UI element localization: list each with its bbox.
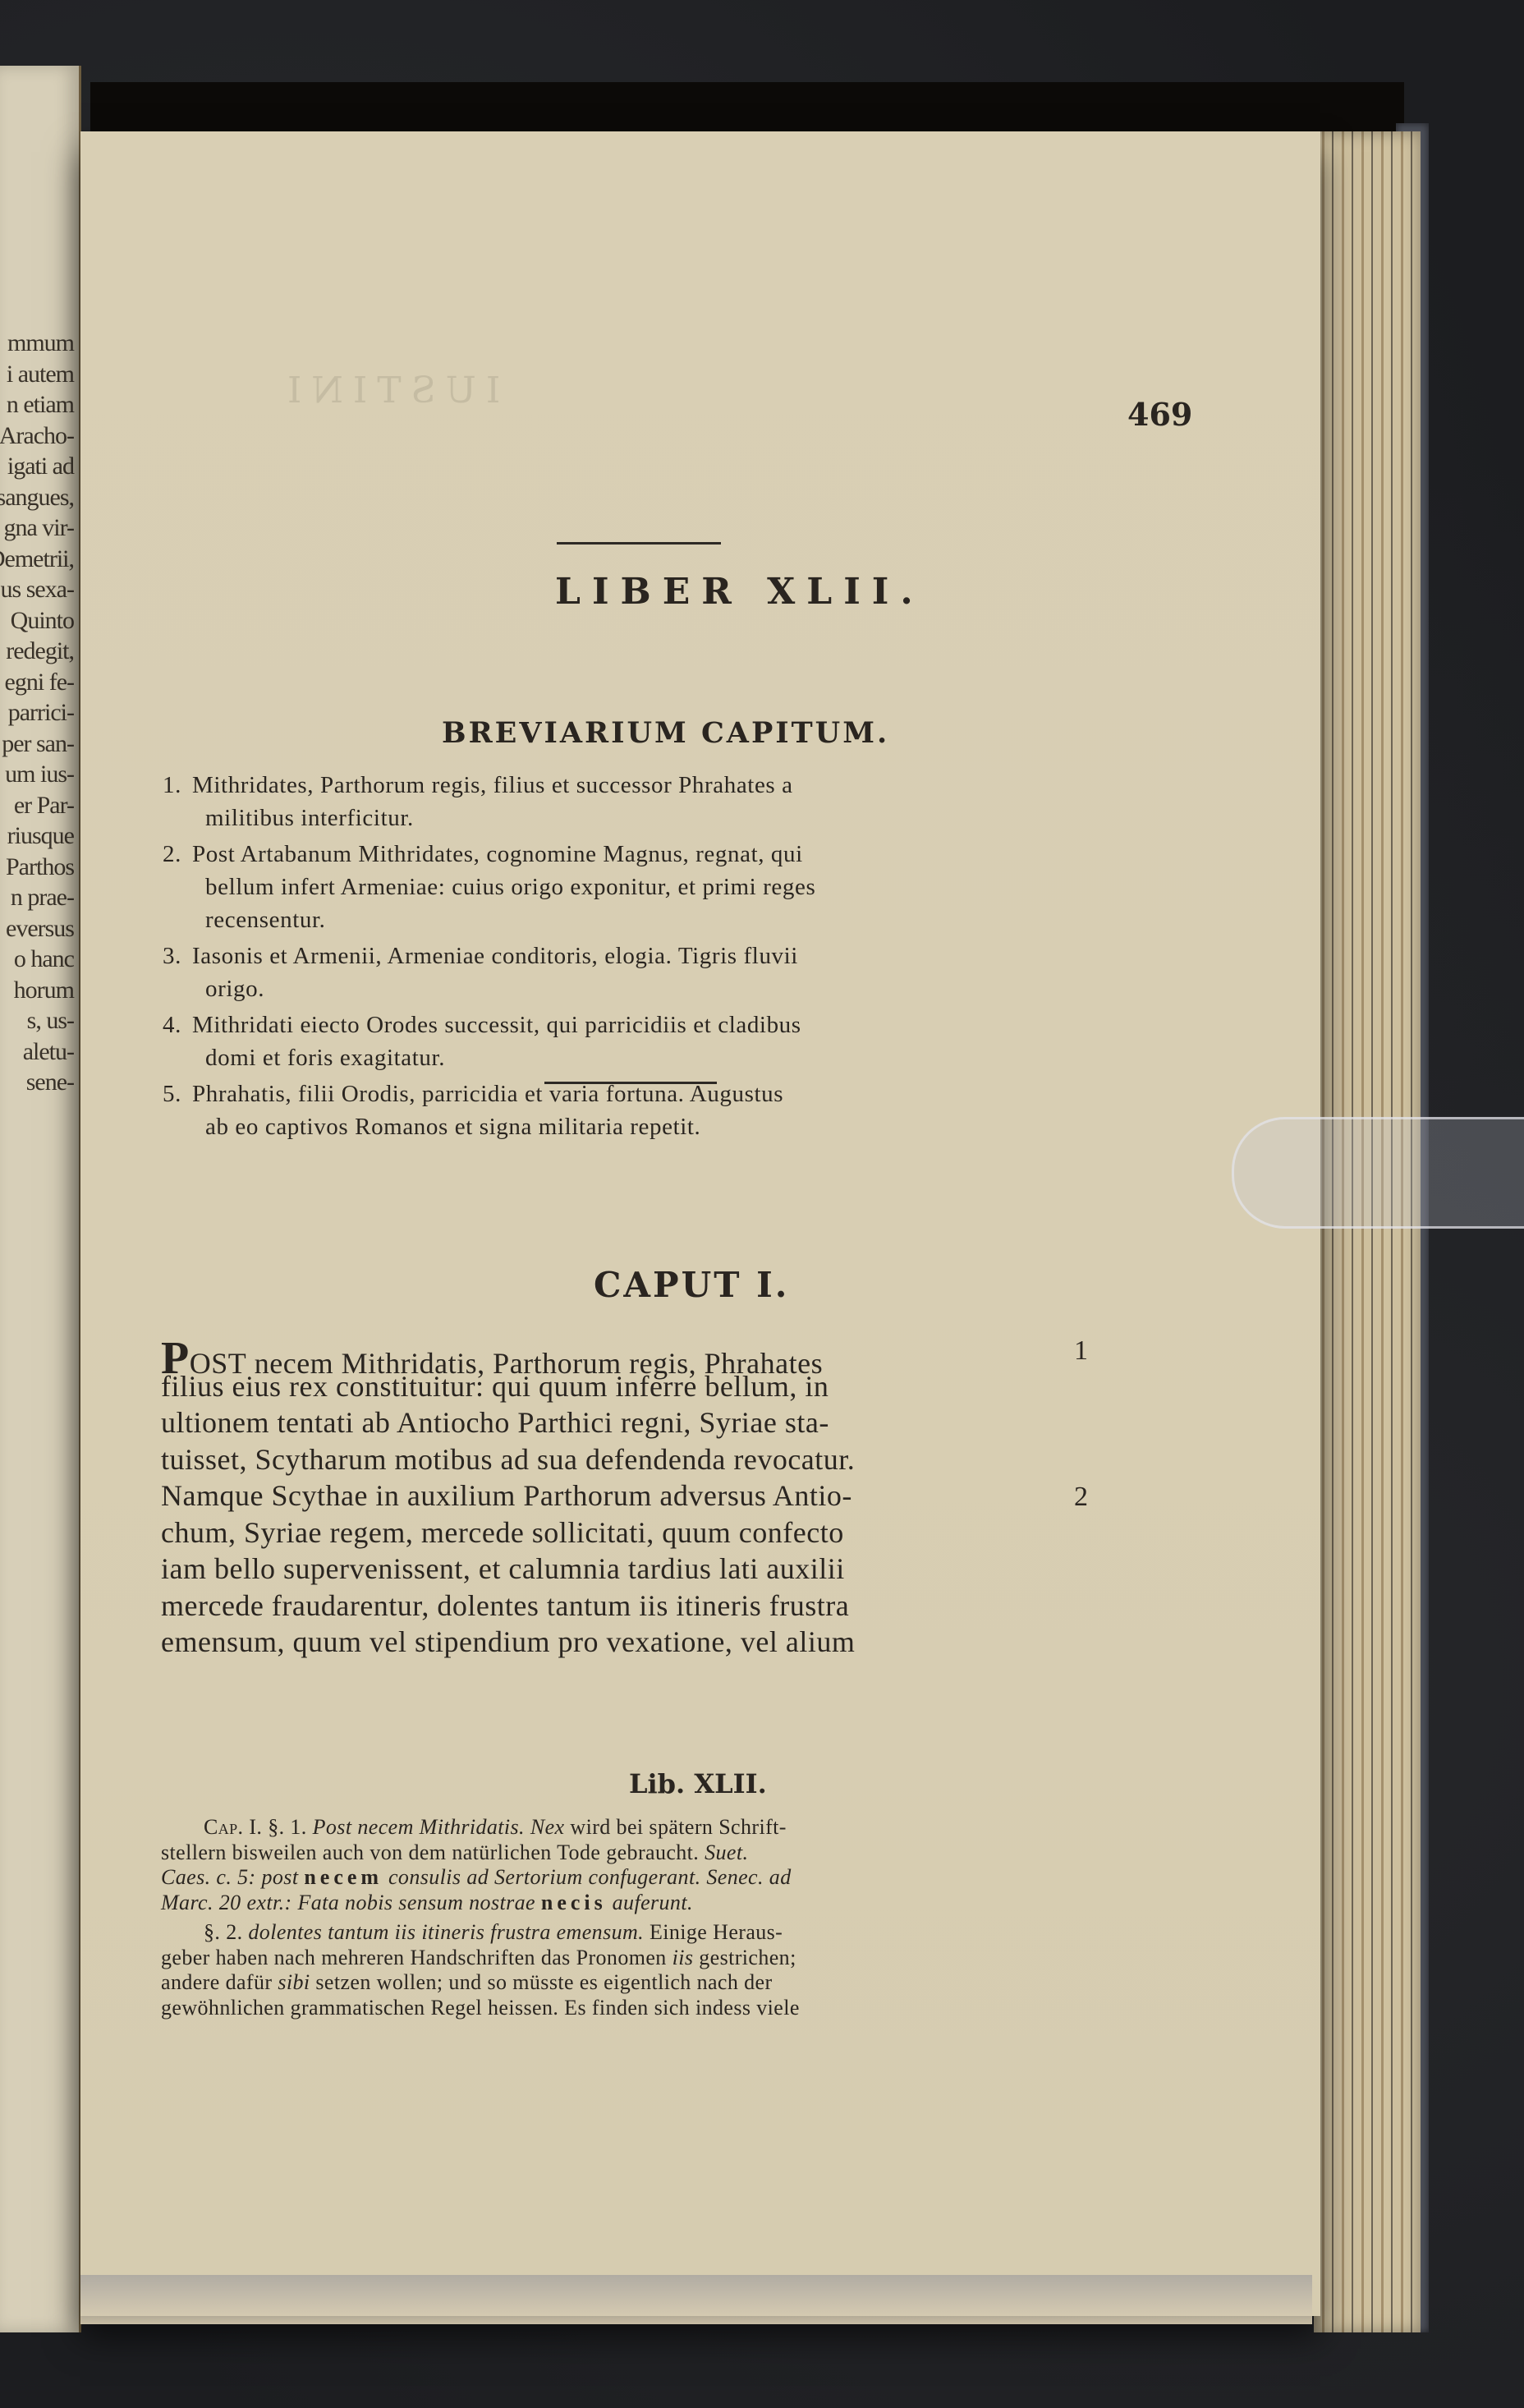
item-text: bellum infert Armeniae: cuius origo expo… xyxy=(205,874,815,900)
breviarium-line: 2.Post Artabanum Mithridates, cognomine … xyxy=(163,837,803,871)
item-text: Mithridati eiecto Orodes successit, qui … xyxy=(192,1012,801,1038)
note-segment: andere dafür xyxy=(161,1970,278,1994)
body-line: iam bello supervenissent, et calumnia ta… xyxy=(161,1551,845,1586)
left-page-line: us sexa- xyxy=(1,575,74,604)
note-segment: consulis ad Sertorium confugerant. xyxy=(383,1865,700,1889)
left-page-line: per san- xyxy=(2,729,74,759)
item-text: domi et foris exagitatur. xyxy=(205,1045,445,1071)
item-text: Iasonis et Armenii, Armeniae conditoris,… xyxy=(192,943,798,969)
left-page-line: n prae- xyxy=(11,883,74,912)
left-page-line: egni fe- xyxy=(5,668,74,697)
note-segment: auferunt. xyxy=(607,1891,693,1914)
item-text: Phrahatis, filii Orodis, parricidia et v… xyxy=(192,1081,783,1107)
left-page-line: igati ad xyxy=(7,452,74,481)
left-page-line: Parthos xyxy=(6,852,74,882)
left-page-line: o hanc xyxy=(14,944,74,974)
breviarium-line: recensentur. xyxy=(205,903,326,937)
left-page-line: er Par- xyxy=(14,791,74,820)
footnote-line: Cap. I. §. 1. Post necem Mithridatis. Ne… xyxy=(204,1815,787,1840)
left-page-line: redegit, xyxy=(6,636,74,666)
line-text: ultionem tentati ab Antiocho Parthici re… xyxy=(161,1406,829,1439)
water-stain xyxy=(80,2275,1312,2324)
item-number: 4. xyxy=(163,1008,192,1042)
footnote-line: geber haben nach mehreren Handschriften … xyxy=(161,1946,796,1970)
breviarium-line: 1.Mithridates, Parthorum regis, filius e… xyxy=(163,768,793,802)
item-text: origo. xyxy=(205,976,264,1002)
note-segment: Marc. 20 extr.: Fata nobis sensum nostra… xyxy=(161,1891,541,1914)
breviarium-line: ab eo captivos Romanos et signa militari… xyxy=(205,1110,700,1144)
note-segment: wird bei spätern Schrift- xyxy=(565,1815,787,1839)
section-divider xyxy=(544,1082,717,1084)
line-text: chum, Syriae regem, mercede sollicitati,… xyxy=(161,1516,844,1549)
footnote-line: andere dafür sibi setzen wollen; und so … xyxy=(161,1970,773,1995)
left-page-line: Aracho- xyxy=(0,421,74,451)
footnote-line: §. 2. dolentes tantum iis itineris frust… xyxy=(204,1920,783,1945)
left-page-line: i autem xyxy=(7,360,74,389)
book-title: LIBER XLII. xyxy=(555,571,925,613)
page-block-edge xyxy=(1314,131,1421,2332)
note-segment: Cap. I. §. 1. xyxy=(204,1815,313,1839)
page-number: 469 xyxy=(1127,396,1192,433)
body-line: tuisset, Scytharum motibus ad sua defend… xyxy=(161,1442,855,1477)
item-text: ab eo captivos Romanos et signa militari… xyxy=(205,1114,700,1140)
note-segment: gestrichen; xyxy=(693,1946,796,1969)
bleed-through-text: IUSTINI xyxy=(278,370,500,411)
note-segment: Nex xyxy=(530,1815,565,1839)
item-text: militibus interficitur. xyxy=(205,805,414,831)
note-segment: Senec. ad xyxy=(700,1865,791,1889)
footnote-line: gewöhnlichen grammatischen Regel heissen… xyxy=(161,1996,800,2020)
note-segment: sibi xyxy=(278,1970,310,1994)
body-line: mercede fraudarentur, dolentes tantum ii… xyxy=(161,1588,849,1623)
breviarium-line: domi et foris exagitatur. xyxy=(205,1041,445,1075)
note-segment: stellern bisweilen auch von dem natürlic… xyxy=(161,1840,705,1864)
left-page-line: horum xyxy=(14,976,74,1005)
breviarium-title: BREVIARIUM CAPITUM. xyxy=(442,716,889,750)
body-line: filius eius rex constituitur: qui quum i… xyxy=(161,1369,829,1404)
note-segment: Caes. c. 5: post xyxy=(161,1865,304,1889)
notes-heading: Lib. XLII. xyxy=(629,1768,767,1799)
left-page-line: aletu- xyxy=(23,1037,74,1067)
left-page-line: sene- xyxy=(26,1068,74,1097)
left-page-line: sangues, xyxy=(0,483,74,512)
note-segment: §. 2. xyxy=(204,1920,248,1944)
paperclip-icon xyxy=(1232,1117,1524,1229)
line-text: mercede fraudarentur, dolentes tantum ii… xyxy=(161,1589,849,1622)
note-segment: Post necem Mithridatis. xyxy=(313,1815,525,1839)
note-segment: setzen wollen; und so müsste es eigentli… xyxy=(310,1970,773,1994)
item-text: Post Artabanum Mithridates, cognomine Ma… xyxy=(192,841,803,867)
left-page-line: parrici- xyxy=(8,698,74,728)
note-segment: dolentes tantum iis itineris frustra eme… xyxy=(248,1920,644,1944)
left-page-line: riusque xyxy=(7,821,74,851)
line-text: iam bello supervenissent, et calumnia ta… xyxy=(161,1552,845,1585)
note-segment: necem xyxy=(304,1865,383,1889)
note-segment: Suet. xyxy=(705,1840,748,1864)
item-number: 3. xyxy=(163,939,192,973)
item-number: 2. xyxy=(163,837,192,871)
line-text: filius eius rex constituitur: qui quum i… xyxy=(161,1370,829,1403)
breviarium-line: origo. xyxy=(205,972,264,1006)
left-page-fragment: mmumi autemn etiamAracho-igati adsangues… xyxy=(0,66,81,2332)
line-text: emensum, quum vel stipendium pro vexatio… xyxy=(161,1625,855,1658)
body-line: chum, Syriae regem, mercede sollicitati,… xyxy=(161,1515,844,1550)
breviarium-line: bellum infert Armeniae: cuius origo expo… xyxy=(205,870,815,904)
note-segment: gewöhnlichen grammatischen Regel heissen… xyxy=(161,1996,800,2020)
line-text: Namque Scythae in auxilium Parthorum adv… xyxy=(161,1479,852,1512)
item-number: 5. xyxy=(163,1077,192,1111)
footnote-line: Marc. 20 extr.: Fata nobis sensum nostra… xyxy=(161,1891,693,1915)
left-page-line: Quinto xyxy=(11,606,74,636)
footnote-line: stellern bisweilen auch von dem natürlic… xyxy=(161,1840,748,1865)
margin-number: 2 xyxy=(1074,1482,1088,1513)
line-text: tuisset, Scytharum motibus ad sua defend… xyxy=(161,1443,855,1476)
right-page: IUSTINI 469 LIBER XLII. BREVIARIUM CAPIT… xyxy=(80,131,1320,2316)
note-segment: iis xyxy=(672,1946,694,1969)
body-line: Namque Scythae in auxilium Parthorum adv… xyxy=(161,1478,852,1513)
note-segment: geber haben nach mehreren Handschriften … xyxy=(161,1946,672,1969)
breviarium-line: 3.Iasonis et Armenii, Armeniae conditori… xyxy=(163,939,798,973)
footnote-line: Caes. c. 5: post necem consulis ad Serto… xyxy=(161,1865,792,1890)
margin-number: 1 xyxy=(1074,1335,1088,1367)
note-segment xyxy=(525,1815,530,1839)
body-line: ultionem tentati ab Antiocho Parthici re… xyxy=(161,1405,829,1440)
item-text: recensentur. xyxy=(205,907,326,933)
breviarium-line: militibus interficitur. xyxy=(205,801,414,835)
note-segment: Einige Heraus- xyxy=(644,1920,783,1944)
left-page-line: Demetrii, xyxy=(0,545,74,574)
left-page-line: um ius- xyxy=(5,760,74,789)
left-page-line: n etiam xyxy=(7,390,74,420)
left-page-line: eversus xyxy=(6,914,74,944)
note-segment: necis xyxy=(541,1891,607,1914)
left-page-line: mmum xyxy=(7,329,74,358)
chapter-title: CAPUT I. xyxy=(594,1265,789,1305)
item-text: Mithridates, Parthorum regis, filius et … xyxy=(192,772,793,798)
breviarium-line: 4.Mithridati eiecto Orodes successit, qu… xyxy=(163,1008,801,1042)
body-line: emensum, quum vel stipendium pro vexatio… xyxy=(161,1624,855,1659)
title-divider xyxy=(557,542,721,545)
left-page-line: s, us- xyxy=(27,1006,74,1036)
item-number: 1. xyxy=(163,768,192,802)
left-page-line: gna vir- xyxy=(3,513,74,543)
